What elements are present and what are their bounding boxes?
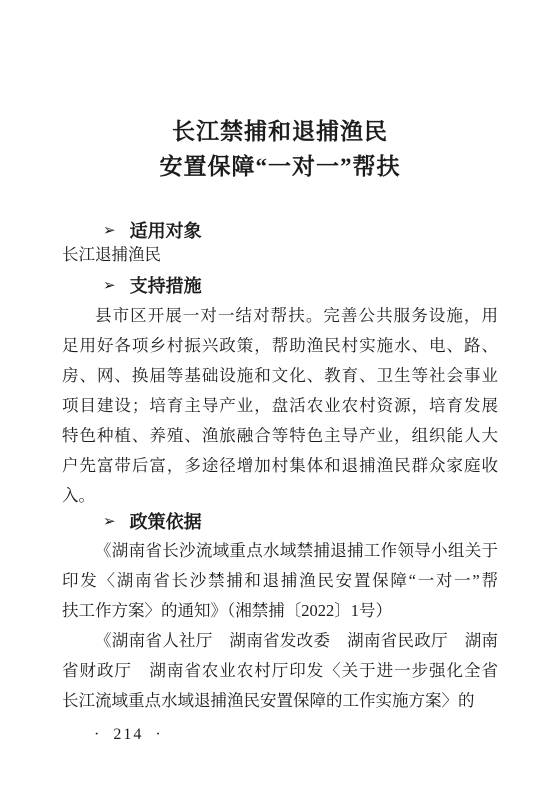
text-line: 《湖南省长沙流域重点水域禁捕退捕工作领导小组关于 [62,536,498,566]
paragraph-policy-basis-1: 《湖南省长沙流域重点水域禁捕退捕工作领导小组关于印发〈湖南省长沙禁捕和退捕渔民安… [62,536,498,626]
section-heading-label: 政策依据 [130,509,202,535]
page-title-line-1: 长江禁捕和退捕渔民 [62,114,498,149]
section-heading-policy-basis: ➢ 政策依据 [62,509,539,535]
text-line: 房、网、换届等基础设施和文化、教育、卫生等社会事业 [62,361,498,391]
paragraph-applicable-targets: 长江退捕渔民 [62,240,498,270]
text-line: 项目建设；培育主导产业，盘活农业农村资源，培育发展 [62,391,498,421]
text-line: 足用好各项乡村振兴政策，帮助渔民村实施水、电、路、 [62,331,498,361]
text-line: 扶工作方案〉的通知》（湘禁捕〔2022〕1号） [62,596,498,626]
text-line: 《湖南省人社厅 湖南省发改委 湖南省民政厅 湖南 [62,626,498,656]
section-heading-support-measures: ➢ 支持措施 [62,273,539,299]
text-line: 省财政厅 湖南省农业农村厅印发〈关于进一步强化全省 [62,656,498,686]
text-line: 入。 [62,481,498,511]
paragraph-policy-basis-2: 《湖南省人社厅 湖南省发改委 湖南省民政厅 湖南省财政厅 湖南省农业农村厅印发〈… [62,626,498,716]
arrow-bullet-icon: ➢ [103,509,116,535]
arrow-bullet-icon: ➢ [103,273,116,299]
text-line: 印发〈湖南省长沙禁捕和退捕渔民安置保障“一对一”帮 [62,566,498,596]
page-number: · 214 · [94,726,163,744]
paragraph-support-measures: 县市区开展一对一结对帮扶。完善公共服务设施，用足用好各项乡村振兴政策，帮助渔民村… [62,301,498,511]
text-line: 特色种植、养殖、渔旅融合等特色主导产业，组织能人大 [62,421,498,451]
document-page: 长江禁捕和退捕渔民 安置保障“一对一”帮扶 ➢ 适用对象 长江退捕渔民 ➢ 支持… [0,0,559,793]
section-heading-label: 支持措施 [130,273,202,299]
text-line: 长江退捕渔民 [62,240,498,270]
page-title-line-2: 安置保障“一对一”帮扶 [62,149,498,184]
text-line: 县市区开展一对一结对帮扶。完善公共服务设施，用 [62,301,498,331]
text-line: 长江流域重点水域退捕渔民安置保障的工作实施方案〉的 [62,686,498,716]
page-title: 长江禁捕和退捕渔民 安置保障“一对一”帮扶 [62,114,498,184]
text-line: 户先富带后富，多途径增加村集体和退捕渔民群众家庭收 [62,451,498,481]
